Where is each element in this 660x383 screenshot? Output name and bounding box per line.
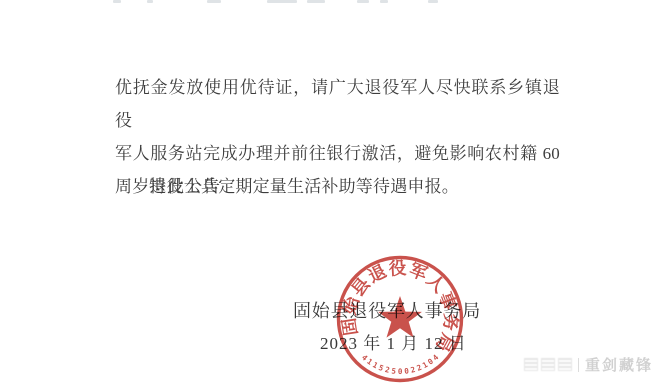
cropped-text-remnant (307, 0, 325, 3)
cropped-text-remnant (207, 0, 221, 3)
cropped-text-remnant (428, 0, 438, 3)
cropped-text-remnant (113, 0, 121, 3)
body-line-1: 优抚金发放使用优待证，请广大退役军人尽快联系乡镇退役 (115, 71, 560, 137)
seal-star-icon (378, 296, 422, 338)
closing-phrase: 特此公告 (149, 170, 221, 203)
cropped-text-remnant (380, 0, 388, 3)
watermark: 重剑藏锋 (524, 354, 653, 375)
watermark-logo-glyph (558, 358, 572, 371)
announcement-document: 优抚金发放使用优待证，请广大退役军人尽快联系乡镇退役 军人服务站完成办理并前往银… (0, 0, 660, 383)
cropped-text-remnant (267, 0, 297, 3)
watermark-divider (578, 358, 579, 372)
watermark-logo-icon (524, 358, 572, 371)
official-seal-graphic: 固始县退役军人事务局 4115250022104 (333, 252, 467, 383)
watermark-brand: 重剑藏锋 (585, 354, 653, 375)
watermark-logo-glyph (524, 358, 538, 371)
official-seal: 固始县退役军人事务局 4115250022104 (333, 252, 467, 383)
watermark-logo-glyph (541, 358, 555, 371)
body-line-2: 军人服务站完成办理并前往银行激活，避免影响农村籍 60 (115, 137, 560, 170)
cropped-text-remnant (147, 0, 153, 3)
cropped-text-remnant (357, 0, 369, 3)
